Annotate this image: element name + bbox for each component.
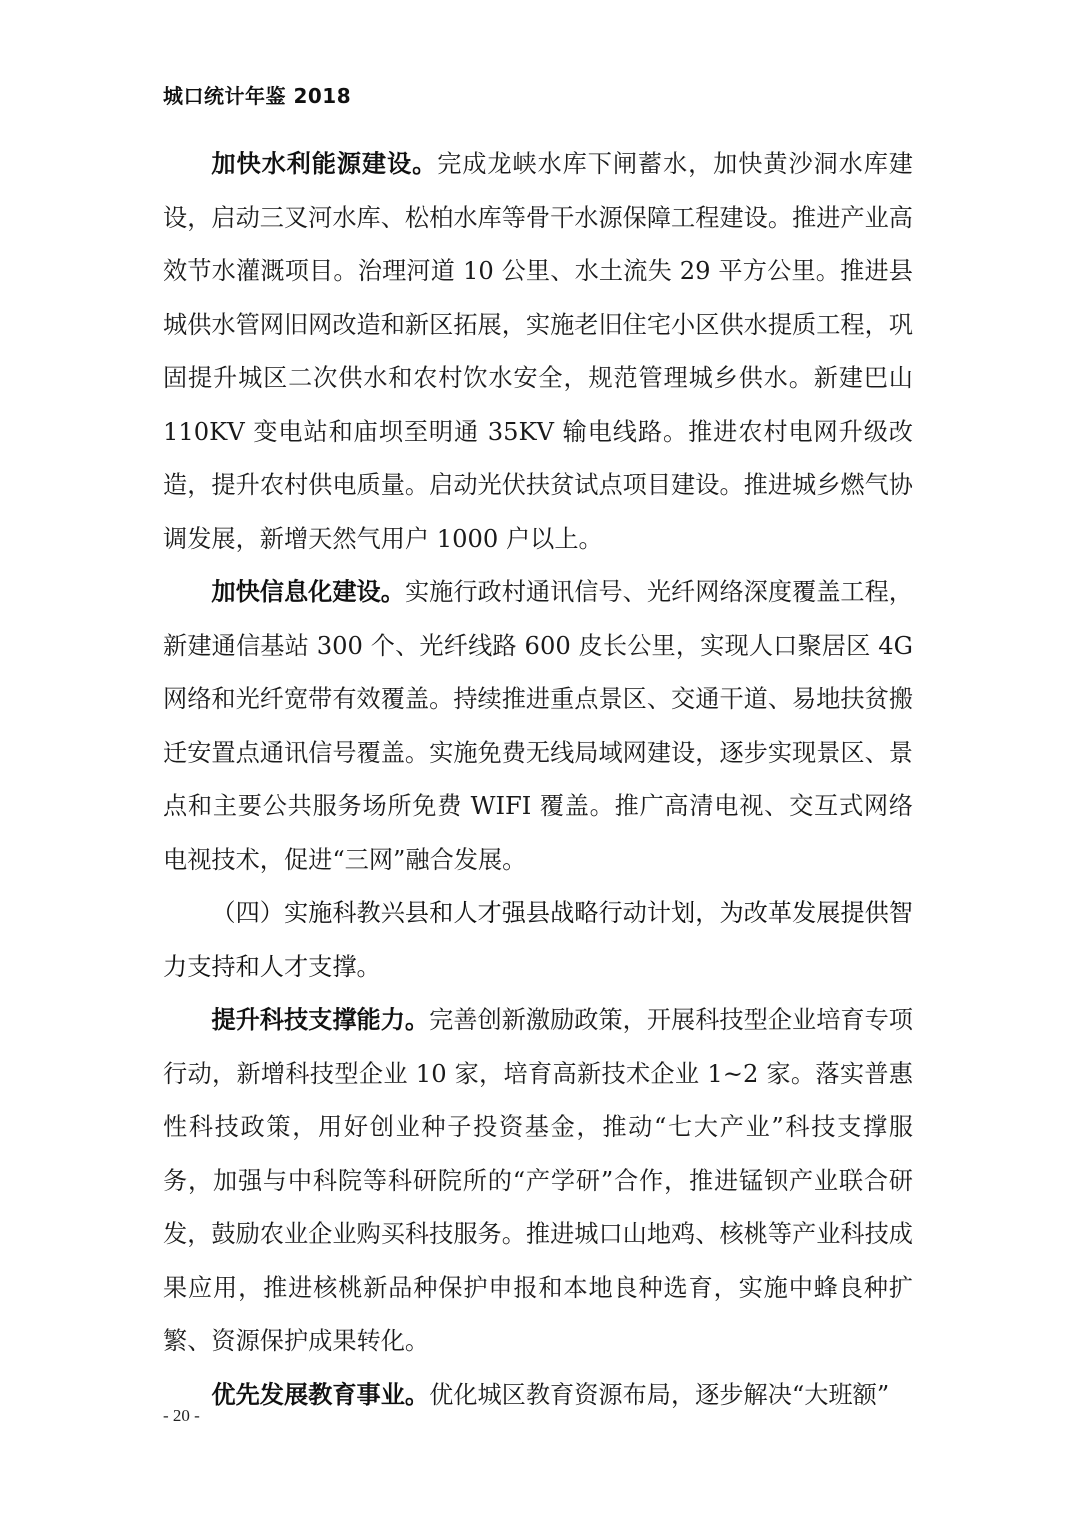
paragraph-heading: 提升科技支撑能力。 (211, 1006, 429, 1034)
paragraph-text: 完善创新激励政策，开展科技型企业培育专项行动，新增科技型企业 10 家，培育高新… (163, 1006, 913, 1355)
running-header-title: 城口统计年鉴 2018 (163, 80, 351, 109)
paragraph-text: 优化城区教育资源布局，逐步解决“大班额” (429, 1381, 889, 1409)
paragraph-water-energy: 加快水利能源建设。完成龙峡水库下闸蓄水，加快黄沙洞水库建设，启动三叉河水库、松柏… (163, 138, 913, 566)
paragraph-education: 优先发展教育事业。优化城区教育资源布局，逐步解决“大班额” (163, 1369, 913, 1423)
page-number: - 20 - (163, 1406, 200, 1426)
paragraph-heading: 加快信息化建设。 (211, 578, 405, 606)
paragraph-heading: 加快水利能源建设。 (211, 150, 437, 178)
paragraph-informatization: 加快信息化建设。实施行政村通讯信号、光纤网络深度覆盖工程，新建通信基站 300 … (163, 566, 913, 887)
section-heading-four: （四）实施科教兴县和人才强县战略行动计划，为改革发展提供智力支持和人才支撑。 (163, 887, 913, 994)
document-body: 加快水利能源建设。完成龙峡水库下闸蓄水，加快黄沙洞水库建设，启动三叉河水库、松柏… (163, 138, 913, 1422)
paragraph-heading: 优先发展教育事业。 (211, 1381, 429, 1409)
paragraph-tech-support: 提升科技支撑能力。完善创新激励政策，开展科技型企业培育专项行动，新增科技型企业 … (163, 994, 913, 1369)
paragraph-text: 实施行政村通讯信号、光纤网络深度覆盖工程，新建通信基站 300 个、光纤线路 6… (163, 578, 913, 874)
paragraph-text: 完成龙峡水库下闸蓄水，加快黄沙洞水库建设，启动三叉河水库、松柏水库等骨干水源保障… (163, 150, 913, 553)
